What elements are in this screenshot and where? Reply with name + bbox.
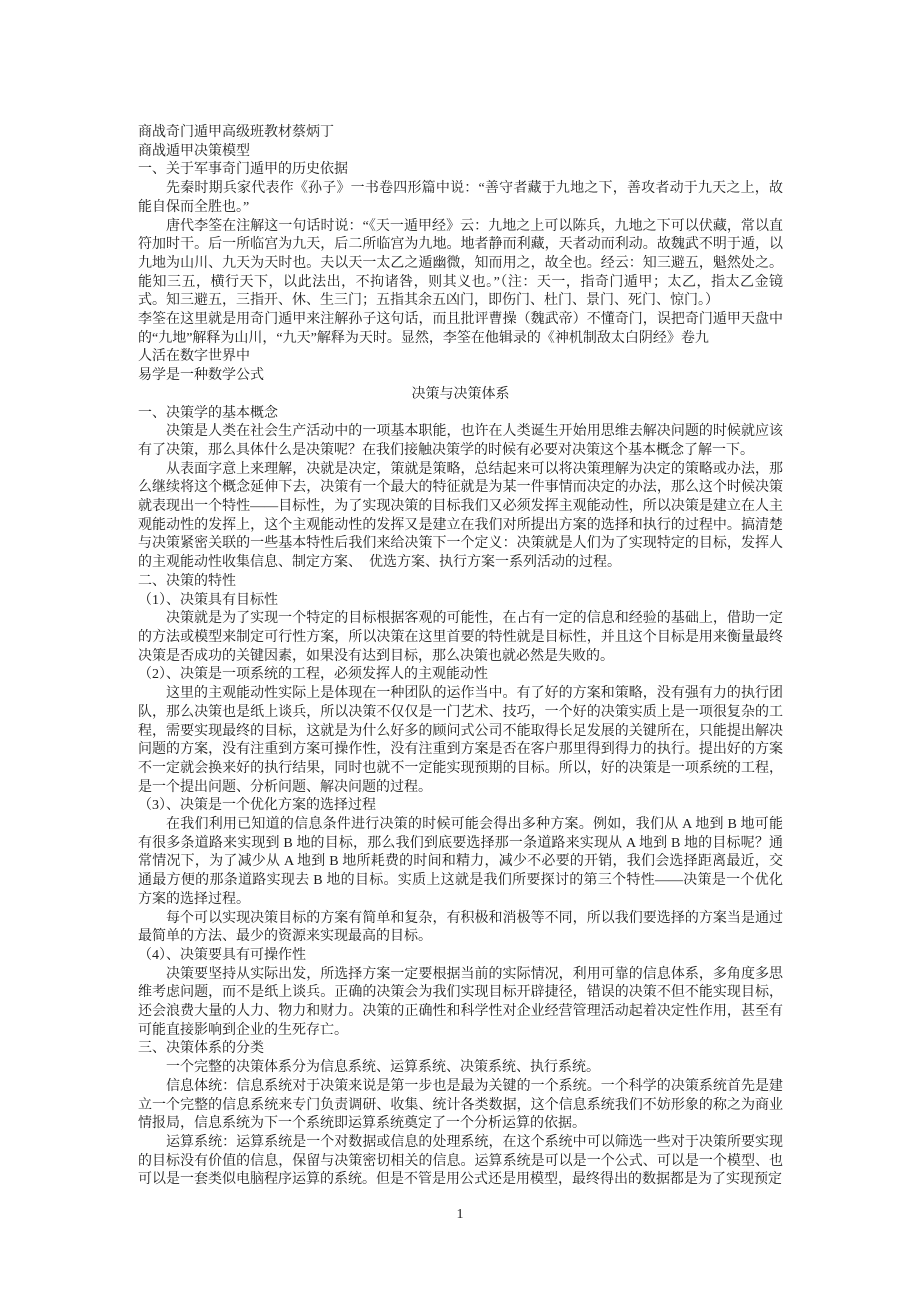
para-digital-world: 人活在数字世界中	[138, 348, 783, 367]
doc-header-model-title: 商战遁甲决策模型	[138, 143, 783, 162]
para-goal-oriented: 决策就是为了实现一个特定的目标根据客观的可能性，在占有一定的信息和经验的基础上，…	[138, 610, 783, 666]
center-title-decision-system: 决策与决策体系	[138, 386, 783, 405]
heading-1-history: 一、关于军事奇门遁甲的历史依据	[138, 161, 783, 180]
para-information-system: 信息体统：信息系统对于决策来说是第一步也是最为关键的一个系统。一个科学的决策系统…	[138, 1078, 783, 1134]
heading-1-basic-concept: 一、决策学的基本概念	[138, 405, 783, 424]
heading-2-characteristics: 二、决策的特性	[138, 573, 783, 592]
heading-3-classification: 三、决策体系的分类	[138, 1040, 783, 1059]
para-computation-system: 运算系统：运算系统是一个对数据或信息的处理系统，在这个系统中可以筛选一些对于决策…	[138, 1134, 783, 1190]
document-body: 商战奇门遁甲高级班教材蔡炳丁商战遁甲决策模型一、关于军事奇门遁甲的历史依据先秦时…	[138, 124, 783, 1190]
para-liquan-comment: 李筌在这里就是用奇门遁甲来注解孙子这句话，而且批评曹操（魏武帝）不懂奇门，误把奇…	[138, 311, 783, 348]
subheading-goal-oriented: （1）、决策具有目标性	[138, 592, 783, 611]
para-systematic: 这里的主观能动性实际上是体现在一种团队的运作当中。有了好的方案和策略，没有强有力…	[138, 685, 783, 797]
para-concept-origin: 决策是人类在社会生产活动中的一项基本职能，也许在人类诞生开始用思维去解决问题的时…	[138, 423, 783, 460]
para-sunzi-quote: 先秦时期兵家代表作《孙子》一书卷四形篇中说：“善守者藏于九地之下，善攻者动于九天…	[138, 180, 783, 217]
subheading-operability: （4）、决策要具有可操作性	[138, 947, 783, 966]
para-optimization-roads: 在我们利用已知道的信息条件进行决策的时候可能会得出多种方案。例如，我们从 A 地…	[138, 816, 783, 910]
document-page: 商战奇门遁甲高级班教材蔡炳丁商战遁甲决策模型一、关于军事奇门遁甲的历史依据先秦时…	[0, 0, 920, 1302]
doc-header-course-title: 商战奇门遁甲高级班教材蔡炳丁	[138, 124, 783, 143]
para-classification-overview: 一个完整的决策体系分为信息系统、运算系统、决策系统、执行系统。	[138, 1059, 783, 1078]
para-operability: 决策要坚持从实际出发，所选择方案一定要根据当前的实际情况，利用可靠的信息体系，多…	[138, 966, 783, 1041]
para-optimization-simple: 每个可以实现决策目标的方案有简单和复杂，有积极和消极等不同，所以我们要选择的方案…	[138, 910, 783, 947]
subheading-systematic: （2）、决策是一项系统的工程，必须发挥人的主观能动性	[138, 666, 783, 685]
para-yixue-formula: 易学是一种数学公式	[138, 367, 783, 386]
para-liquan-annotation: 唐代李筌在注解这一句话时说：“《天一遁甲经》云：九地之上可以陈兵，九地之下可以伏…	[138, 218, 783, 312]
page-number: 1	[0, 1206, 920, 1225]
para-concept-definition: 从表面字意上来理解，决就是决定，策就是策略，总结起来可以将决策理解为决定的策略或…	[138, 461, 783, 573]
subheading-optimization: （3）、决策是一个优化方案的选择过程	[138, 797, 783, 816]
